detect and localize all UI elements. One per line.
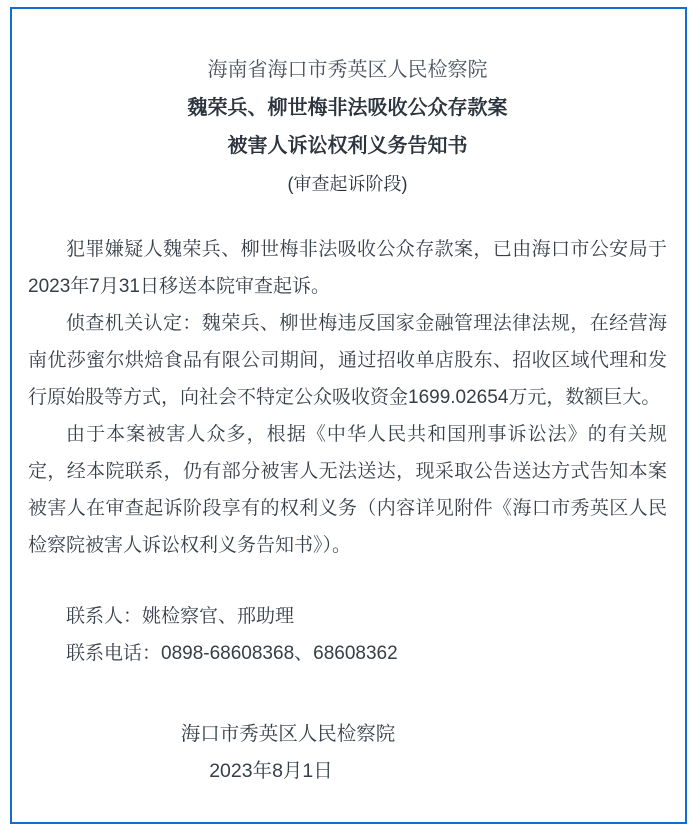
stage-label: (审查起诉阶段) [28,165,667,203]
document-header: 海南省海口市秀英区人民检察院 魏荣兵、柳世梅非法吸收公众存款案 被害人诉讼权利义… [28,9,667,203]
case-title: 魏荣兵、柳世梅非法吸收公众存款案 [28,89,667,127]
issuing-institution: 海南省海口市秀英区人民检察院 [28,51,667,89]
document-page: 海南省海口市秀英区人民检察院 魏荣兵、柳世梅非法吸收公众存款案 被害人诉讼权利义… [0,0,695,837]
document-body: 犯罪嫌疑人魏荣兵、柳世梅非法吸收公众存款案，已由海口市公安局于2023年7月31… [28,231,667,564]
signature-institution: 海口市秀英区人民检察院 [28,716,548,753]
contact-info: 联系人：姚检察官、邢助理 联系电话：0898-68608368、68608362 [28,598,667,672]
paragraph-public-notice: 由于本案被害人众多，根据《中华人民共和国刑事诉讼法》的有关规定，经本院联系，仍有… [28,416,667,564]
contact-phone-line: 联系电话：0898-68608368、68608362 [28,635,667,672]
page-border-frame: 海南省海口市秀英区人民检察院 魏荣兵、柳世梅非法吸收公众存款案 被害人诉讼权利义… [10,7,687,824]
contact-person-line: 联系人：姚检察官、邢助理 [28,598,667,635]
signature-block: 海口市秀英区人民检察院 2023年8月1日 [28,716,548,790]
paragraph-case-transfer: 犯罪嫌疑人魏荣兵、柳世梅非法吸收公众存款案，已由海口市公安局于2023年7月31… [28,231,667,305]
paragraph-investigation-findings: 侦查机关认定：魏荣兵、柳世梅违反国家金融管理法律法规，在经营海南优莎蜜尔烘焙食品… [28,305,667,416]
document-title: 被害人诉讼权利义务告知书 [28,127,667,165]
signature-date: 2023年8月1日 [28,753,548,790]
